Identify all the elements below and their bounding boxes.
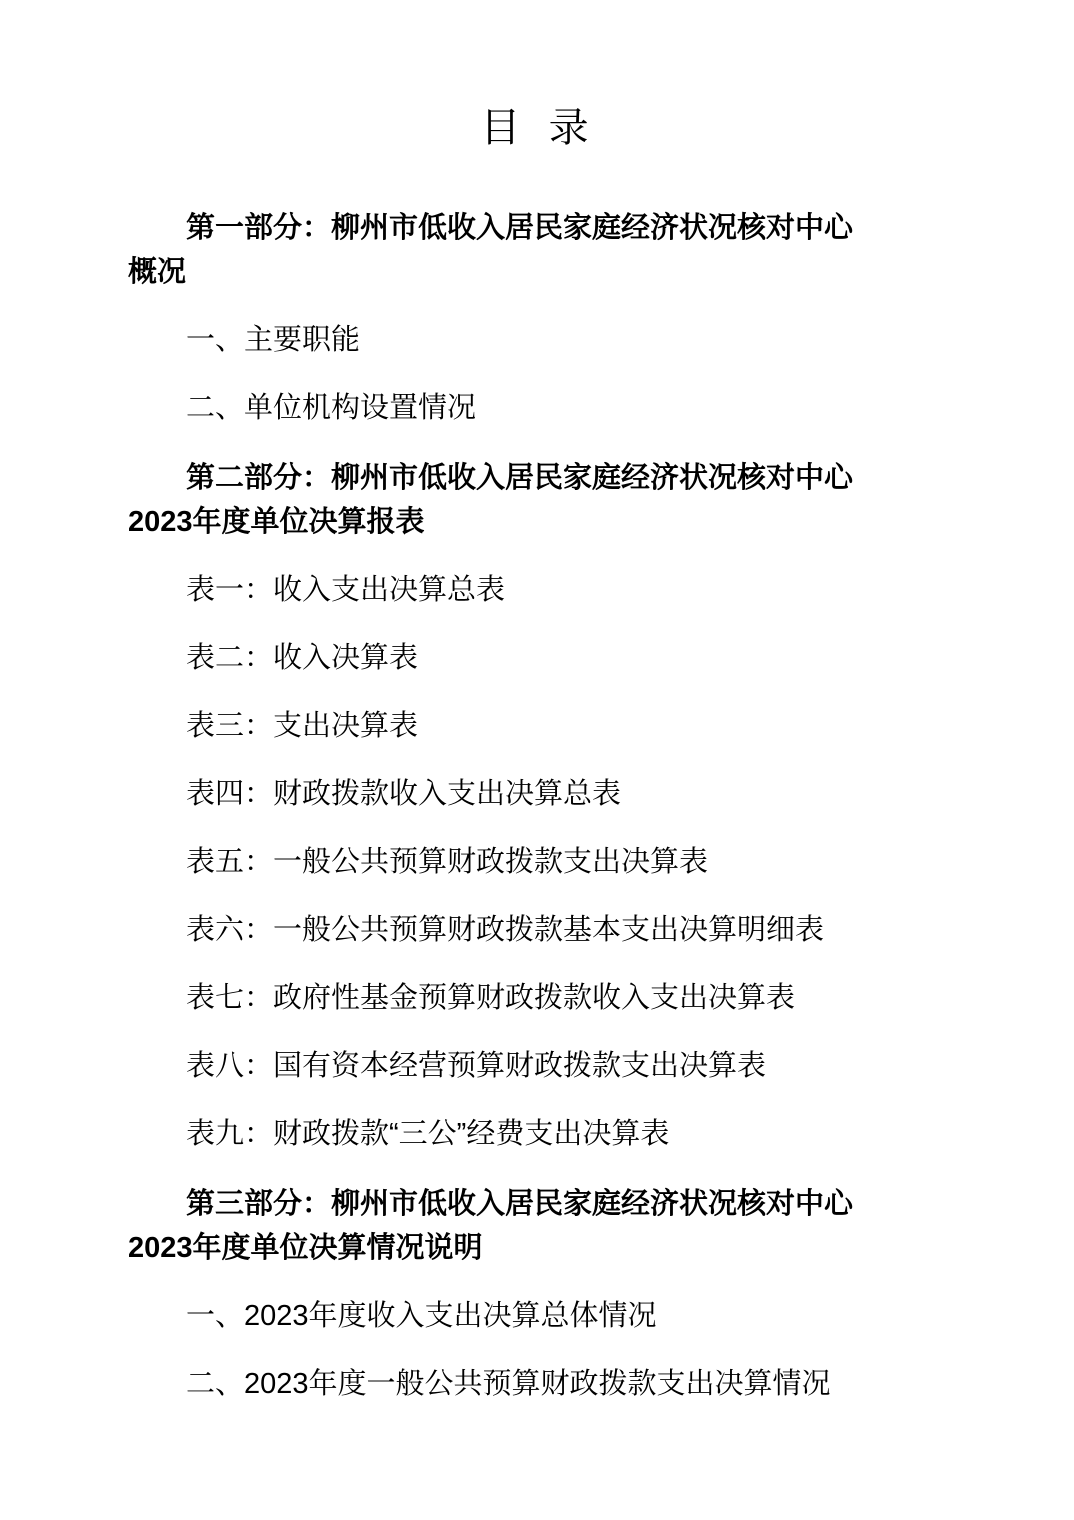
toc-item-table-8: 表八：国有资本经营预算财政拨款支出决算表	[128, 1044, 868, 1088]
part-3-heading: 第三部分：柳州市低收入居民家庭经济状况核对中心2023年度单位决算情况说明	[128, 1182, 868, 1270]
toc-item-part3-2: 二、2023年度一般公共预算财政拨款支出决算情况	[128, 1362, 868, 1406]
part-2-heading: 第二部分：柳州市低收入居民家庭经济状况核对中心2023年度单位决算报表	[128, 456, 868, 544]
toc-item-table-3: 表三：支出决算表	[128, 704, 868, 748]
part-1-heading: 第一部分：柳州市低收入居民家庭经济状况核对中心概况	[128, 206, 868, 294]
toc-item-table-2: 表二：收入决算表	[128, 636, 868, 680]
toc-item-part3-1: 一、2023年度收入支出决算总体情况	[128, 1294, 868, 1338]
document-page: 目 录 第一部分：柳州市低收入居民家庭经济状况核对中心概况 一、主要职能 二、单…	[0, 0, 1074, 1520]
toc-item-table-4: 表四：财政拨款收入支出决算总表	[128, 772, 868, 816]
table-of-contents: 第一部分：柳州市低收入居民家庭经济状况核对中心概况 一、主要职能 二、单位机构设…	[128, 206, 943, 1406]
toc-item-table-7: 表七：政府性基金预算财政拨款收入支出决算表	[128, 976, 868, 1020]
toc-item-part1-1: 一、主要职能	[128, 318, 868, 362]
toc-item-table-1: 表一：收入支出决算总表	[128, 568, 868, 612]
page-content: 目 录 第一部分：柳州市低收入居民家庭经济状况核对中心概况 一、主要职能 二、单…	[0, 0, 1074, 1406]
toc-item-table-5: 表五：一般公共预算财政拨款支出决算表	[128, 840, 868, 884]
toc-item-part1-2: 二、单位机构设置情况	[128, 386, 868, 430]
toc-item-table-6: 表六：一般公共预算财政拨款基本支出决算明细表	[128, 908, 868, 952]
toc-item-table-9: 表九：财政拨款“三公”经费支出决算表	[128, 1112, 868, 1156]
toc-title: 目 录	[128, 106, 943, 150]
